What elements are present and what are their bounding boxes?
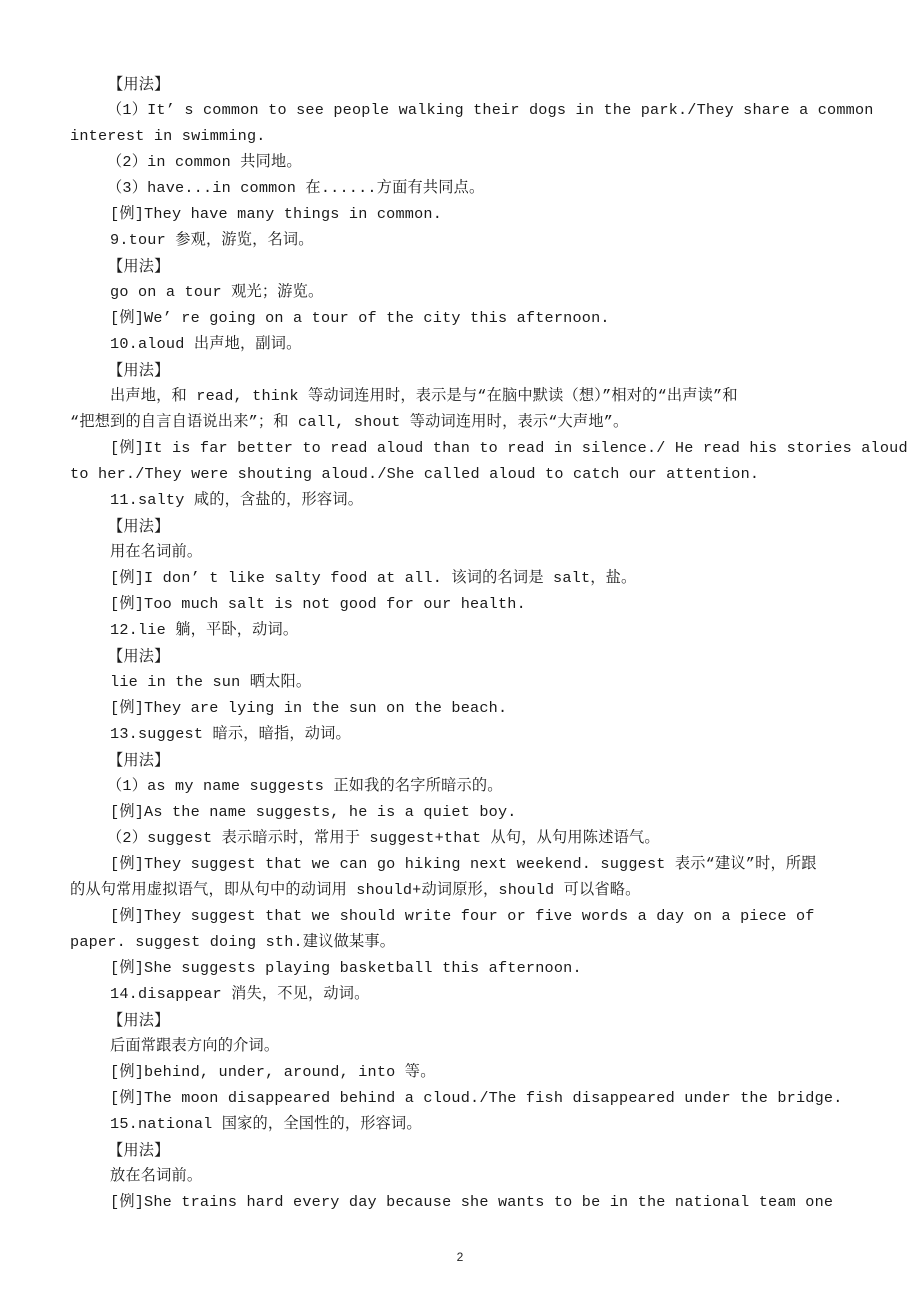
example-sentence: [例]She trains hard every day because she… xyxy=(70,1189,906,1215)
vocab-entry-suggest: 13.suggest 暗示，暗指，动词。 xyxy=(70,721,906,747)
example-sentence: [例]She suggests playing basketball this … xyxy=(70,955,906,981)
vocab-entry-lie: 12.lie 躺，平卧，动词。 xyxy=(70,617,906,643)
usage-heading: 【用法】 xyxy=(70,513,906,539)
usage-heading: 【用法】 xyxy=(70,643,906,669)
usage-item: （2）suggest 表示暗示时，常用于 suggest+that 从句，从句用… xyxy=(70,825,906,851)
usage-heading: 【用法】 xyxy=(70,253,906,279)
vocab-entry-disappear: 14.disappear 消失，不见，动词。 xyxy=(70,981,906,1007)
example-sentence: [例]They suggest that we should write fou… xyxy=(70,903,906,929)
usage-item: （2）in common 共同地。 xyxy=(70,149,906,175)
vocab-entry-salty: 11.salty 咸的，含盐的，形容词。 xyxy=(70,487,906,513)
document-page: 【用法】 （1）It’ s common to see people walki… xyxy=(0,0,920,1302)
example-sentence: [例]As the name suggests, he is a quiet b… xyxy=(70,799,906,825)
example-sentence-continuation: paper. suggest doing sth.建议做某事。 xyxy=(70,929,906,955)
example-sentence-continuation: to her./They were shouting aloud./She ca… xyxy=(70,461,906,487)
usage-text: 出声地，和 read, think 等动词连用时，表示是与“在脑中默读（想）”相… xyxy=(70,383,906,409)
usage-item-continuation: interest in swimming. xyxy=(70,123,906,149)
document-body: 【用法】 （1）It’ s common to see people walki… xyxy=(70,71,906,1215)
page-number: 2 xyxy=(0,1250,920,1264)
usage-text-continuation: “把想到的自言自语说出来”；和 call, shout 等动词连用时，表示“大声… xyxy=(70,409,906,435)
example-sentence: [例]behind, under, around, into 等。 xyxy=(70,1059,906,1085)
usage-heading: 【用法】 xyxy=(70,357,906,383)
usage-text: 后面常跟表方向的介词。 xyxy=(70,1033,906,1059)
vocab-entry-national: 15.national 国家的，全国性的，形容词。 xyxy=(70,1111,906,1137)
usage-item: （1）as my name suggests 正如我的名字所暗示的。 xyxy=(70,773,906,799)
example-sentence: [例]They are lying in the sun on the beac… xyxy=(70,695,906,721)
usage-item: （1）It’ s common to see people walking th… xyxy=(70,97,906,123)
usage-text: 用在名词前。 xyxy=(70,539,906,565)
example-sentence: [例]I don’ t like salty food at all. 该词的名… xyxy=(70,565,906,591)
example-sentence: [例]The moon disappeared behind a cloud./… xyxy=(70,1085,906,1111)
example-sentence: [例]They have many things in common. xyxy=(70,201,906,227)
example-sentence: [例]Too much salt is not good for our hea… xyxy=(70,591,906,617)
example-sentence: [例]We’ re going on a tour of the city th… xyxy=(70,305,906,331)
example-sentence: [例]It is far better to read aloud than t… xyxy=(70,435,906,461)
usage-text: 放在名词前。 xyxy=(70,1163,906,1189)
usage-heading: 【用法】 xyxy=(70,747,906,773)
usage-heading: 【用法】 xyxy=(70,1007,906,1033)
usage-heading: 【用法】 xyxy=(70,71,906,97)
usage-text: go on a tour 观光；游览。 xyxy=(70,279,906,305)
example-sentence-continuation: 的从句常用虚拟语气，即从句中的动词用 should+动词原形，should 可以… xyxy=(70,877,906,903)
usage-heading: 【用法】 xyxy=(70,1137,906,1163)
example-sentence: [例]They suggest that we can go hiking ne… xyxy=(70,851,906,877)
vocab-entry-tour: 9.tour 参观，游览，名词。 xyxy=(70,227,906,253)
vocab-entry-aloud: 10.aloud 出声地，副词。 xyxy=(70,331,906,357)
usage-text: lie in the sun 晒太阳。 xyxy=(70,669,906,695)
usage-item: （3）have...in common 在......方面有共同点。 xyxy=(70,175,906,201)
